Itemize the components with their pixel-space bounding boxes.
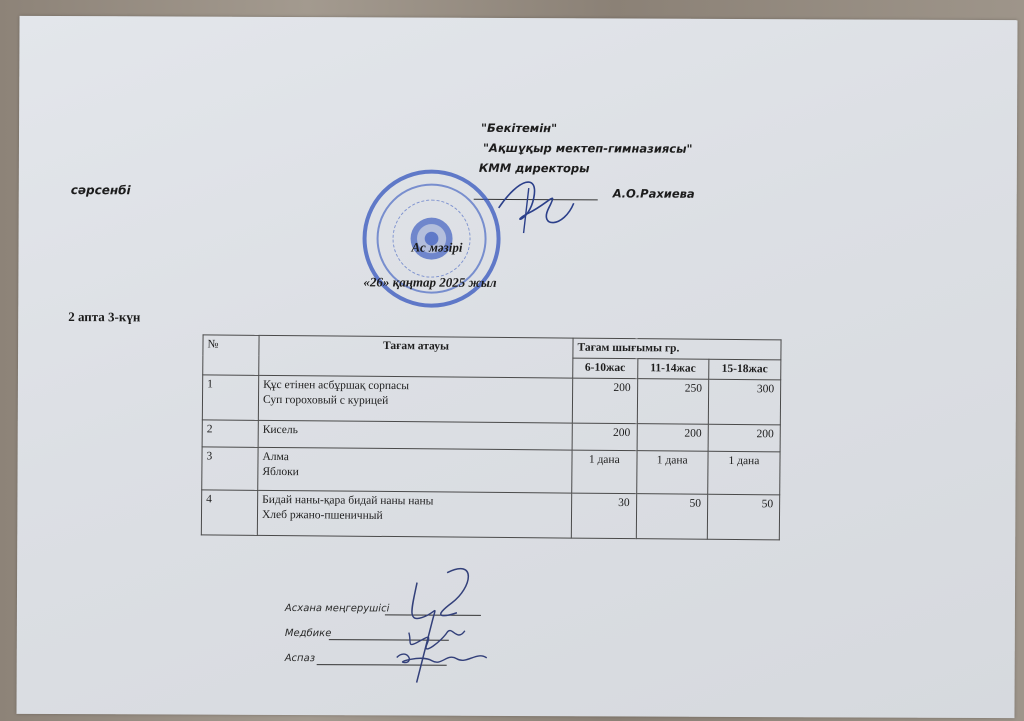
portion-6-10: 200 (572, 423, 637, 451)
portion-15-18: 1 дана (708, 451, 781, 495)
week-day-label: 2 апта 3-күн (68, 309, 140, 325)
header-age-6-10: 6-10жас (573, 358, 638, 379)
kitchen-head-label: Асхана меңгерушісі (285, 603, 389, 614)
portion-11-14: 200 (637, 424, 709, 452)
director-name: А.О.Рахиева (613, 183, 695, 203)
portion-6-10: 30 (571, 493, 636, 539)
portion-6-10: 1 дана (572, 450, 637, 494)
approval-line-school: "Ақшұқыр мектеп-гимназиясы" (483, 138, 693, 159)
dish-name-kz: Кисель (263, 423, 568, 441)
table-row: 4 Бидай наны-қара бидай наны наныХлеб рж… (201, 490, 779, 540)
row-number: 3 (202, 447, 258, 490)
dish-name-ru: Хлеб ржано-пшеничный (262, 508, 567, 526)
dish-name: АлмаЯблоки (258, 447, 572, 493)
nurse-label: Медбике (285, 628, 332, 639)
director-signature-icon (489, 168, 579, 238)
document-page: "Бекітемін" "Ақшұқыр мектеп-гимназиясы" … (16, 16, 1017, 718)
portion-6-10: 200 (572, 378, 637, 424)
header-age-15-18: 15-18жас (709, 359, 781, 380)
staff-signatures-icon (387, 562, 508, 693)
header-dish-name: Тағам атауы (259, 335, 573, 378)
portion-11-14: 250 (637, 379, 709, 425)
menu-title: Ас мәзірі (411, 240, 462, 256)
row-number: 1 (202, 375, 258, 420)
dish-name-ru: Суп гороховый с курицей (263, 393, 568, 411)
table-header-row: № Тағам атауы Тағам шығымы гр. (203, 335, 781, 360)
cook-label: Аспаз (285, 653, 315, 664)
approval-line-approve: "Бекітемін" (481, 118, 693, 139)
weekday-label: сәрсенбі (71, 183, 131, 197)
dish-name-ru: Яблоки (262, 465, 567, 483)
portion-15-18: 300 (708, 379, 781, 425)
table-row: 3 АлмаЯблоки 1 дана 1 дана 1 дана (202, 447, 780, 495)
menu-date: «26» қаңтар 2025 жыл (363, 274, 496, 291)
row-number: 4 (201, 490, 257, 535)
dish-name: Құс етінен асбұршақ сорпасыСуп гороховый… (258, 375, 572, 423)
portion-15-18: 50 (707, 494, 780, 540)
portion-15-18: 200 (708, 424, 780, 452)
portion-11-14: 50 (636, 494, 708, 540)
header-number: № (203, 335, 259, 375)
menu-table: № Тағам атауы Тағам шығымы гр. 6-10жас 1… (201, 334, 782, 540)
portion-11-14: 1 дана (636, 451, 708, 495)
dish-name: Бидай наны-қара бидай наны наныХлеб ржан… (257, 490, 571, 538)
row-number: 2 (202, 420, 258, 447)
header-portion-group: Тағам шығымы гр. (573, 338, 781, 360)
dish-name: Кисель (258, 420, 572, 450)
header-age-11-14: 11-14жас (637, 359, 708, 380)
table-row: 1 Құс етінен асбұршақ сорпасыСуп горохов… (202, 375, 780, 425)
